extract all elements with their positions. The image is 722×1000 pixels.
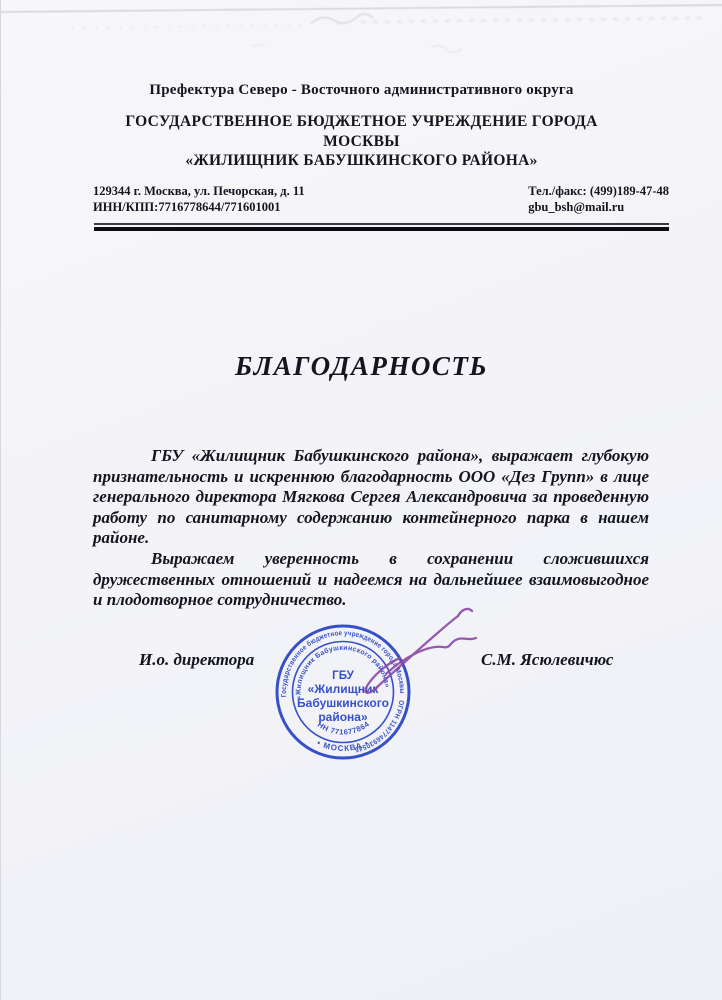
org-name-line3: «ЖИЛИЩНИК БАБУШКИНСКОГО РАЙОНА» — [1, 151, 722, 171]
paragraph2-line: дружественных отношений и надеемся на да… — [93, 570, 649, 591]
phone-email-block: Тел./факс: (499)189-47-48 gbu_bsh@mail.r… — [528, 184, 669, 215]
paragraph1-line: районе. — [93, 528, 649, 549]
paragraph1-line: работу по санитарному содержанию контейн… — [93, 508, 649, 529]
organization-name: ГОСУДАРСТВЕННОЕ БЮДЖЕТНОЕ УЧРЕЖДЕНИЕ ГОР… — [1, 112, 722, 171]
paragraph1-line: генерального директора Мягкова Сергея Ал… — [93, 487, 649, 508]
divider-thick-line — [94, 227, 669, 231]
paragraph1-line: ГБУ «Жилищник Бабушкинского района», выр… — [93, 446, 649, 467]
scan-noise-marks — [1, 0, 722, 70]
paragraph2-line: Выражаем уверенность в сохранении сложив… — [93, 549, 649, 570]
address-inn-kpp: ИНН/КПП:7716778644/771601001 — [93, 200, 305, 216]
org-name-line1: ГОСУДАРСТВЕННОЕ БЮДЖЕТНОЕ УЧРЕЖДЕНИЕ ГОР… — [1, 112, 722, 132]
divider-thin-line — [94, 223, 669, 225]
phone-fax: Тел./факс: (499)189-47-48 — [528, 184, 669, 200]
handwritten-signature — [346, 602, 481, 707]
contact-block: 129344 г. Москва, ул. Печорская, д. 11 И… — [93, 184, 669, 215]
signer-position: И.о. директора — [139, 650, 254, 670]
org-name-line2: МОСКВЫ — [1, 132, 722, 152]
prefecture-line: Префектура Северо - Восточного администр… — [1, 82, 722, 99]
address-street: 129344 г. Москва, ул. Печорская, д. 11 — [93, 184, 305, 200]
stamp-center-rayona: района» — [318, 710, 368, 724]
letter-body: ГБУ «Жилищник Бабушкинского района», выр… — [93, 446, 649, 611]
letterhead-divider — [94, 223, 669, 231]
paragraph1-line: признательность и искреннюю благодарност… — [93, 467, 649, 488]
postal-address: 129344 г. Москва, ул. Печорская, д. 11 И… — [93, 184, 305, 215]
signer-name: С.М. Ясюлевичюс — [481, 650, 613, 670]
scanned-letter-page: Префектура Северо - Восточного администр… — [0, 0, 722, 1000]
email-address: gbu_bsh@mail.ru — [528, 200, 669, 216]
document-title: БЛАГОДАРНОСТЬ — [1, 351, 722, 382]
